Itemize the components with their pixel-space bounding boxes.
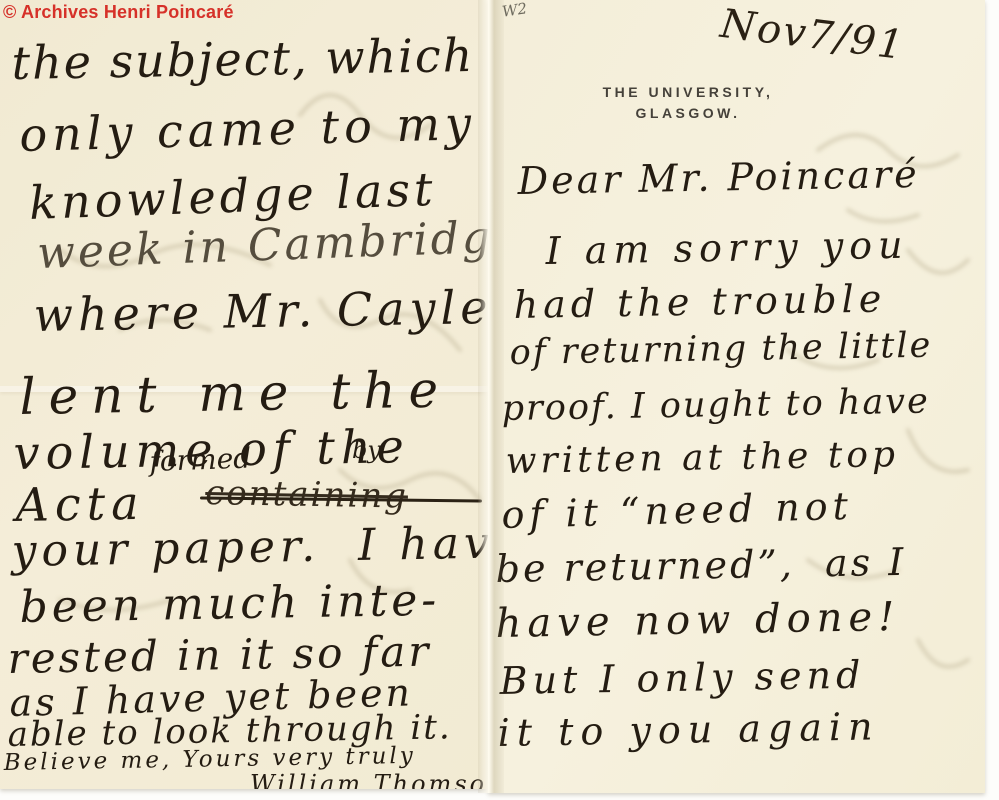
struck-out-word: containing <box>205 476 408 514</box>
scanned-letter: the subject, which only came to my knowl… <box>0 0 999 800</box>
handwritten-line: lent me the <box>19 364 451 422</box>
signature: William Thomson <box>250 772 488 789</box>
handwritten-line: your paper. I have <box>11 521 488 574</box>
archive-watermark: © Archives Henri Poincaré <box>3 2 234 23</box>
left-page: the subject, which only came to my knowl… <box>0 0 488 789</box>
salutation: Dear Mr. Poincaré <box>517 155 920 200</box>
handwritten-line: be returned”, as I <box>495 543 906 588</box>
letterhead-line1: THE UNIVERSITY, <box>546 84 830 100</box>
handwritten-line: of it “need not <box>501 487 853 534</box>
handwritten-line: proof. I ought to have <box>501 385 930 427</box>
handwritten-line: only came to my <box>19 100 477 158</box>
letterhead-line2: GLASGOW. <box>546 105 830 121</box>
handwritten-line: of returning the little <box>509 329 932 371</box>
handwritten-line: the subject, which <box>11 32 474 86</box>
handwritten-line: it to you again <box>497 707 880 752</box>
handwritten-line: had the trouble <box>513 280 886 324</box>
pencil-archive-mark: W2 <box>501 0 528 21</box>
handwritten-line: have now done! <box>495 597 900 644</box>
right-page: W2 Nov7/91 THE UNIVERSITY, GLASGOW. Dear… <box>488 0 985 793</box>
handwritten-line: been much inte- <box>19 579 440 630</box>
inserted-correction: by. <box>352 438 385 462</box>
handwritten-line: I am sorry you <box>545 226 909 270</box>
handwritten-date: Nov7/91 <box>718 1 908 69</box>
inserted-correction: formed <box>149 444 252 476</box>
handwritten-line: Acta <box>15 480 145 528</box>
letterhead: THE UNIVERSITY, GLASGOW. <box>546 84 830 121</box>
handwritten-line: where Mr. Cayley <box>33 283 488 338</box>
handwritten-line: But I only send <box>499 656 865 700</box>
handwritten-line: written at the top <box>505 437 899 480</box>
